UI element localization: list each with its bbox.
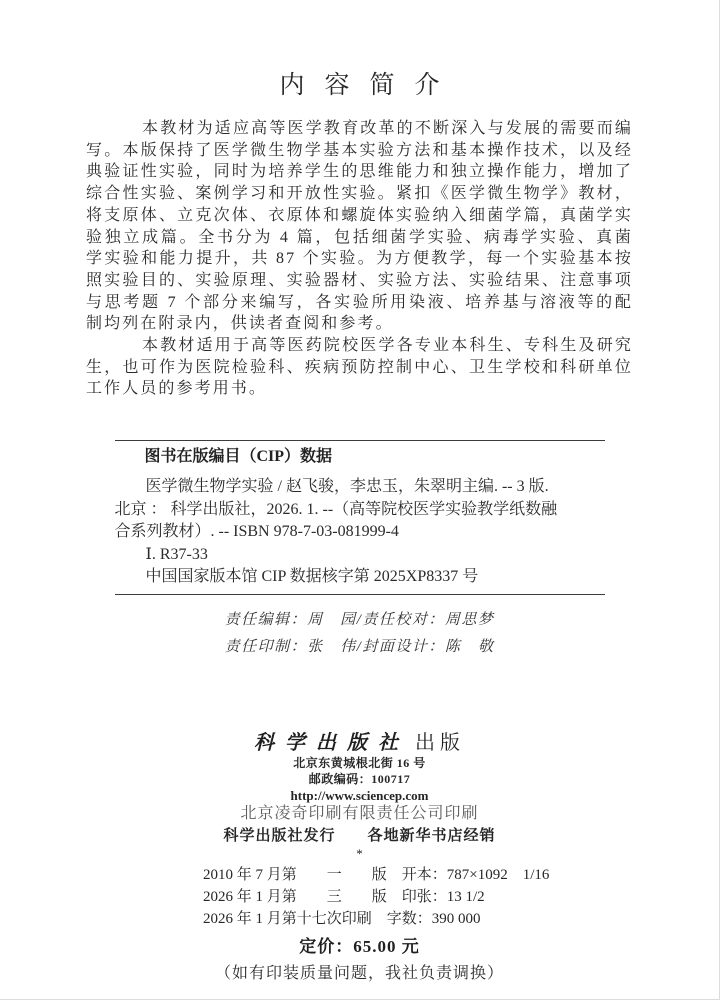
- printer-designer-line: 责任印制：张 伟/封面设计：陈 敬: [225, 634, 495, 661]
- publisher-colophon: 科学出版社出版 北京东黄城根北街 16 号 邮政编码：100717 http:/…: [0, 731, 719, 861]
- publisher-imprint-label: 出版: [415, 732, 465, 754]
- staff-credits-lines: 责任编辑：周 园/责任校对：周思梦 责任印制：张 伟/封面设计：陈 敬: [225, 607, 495, 661]
- publisher-logo: 科学出版社: [254, 732, 409, 754]
- page-title: 内容简介: [0, 0, 719, 102]
- printing-company-line: 北京凌奇印刷有限责任公司印刷: [0, 804, 719, 824]
- first-edition-line: 2010 年 7 月第 一 版 开本：787×1092 1/16: [203, 864, 719, 886]
- cip-isbn-line: 合系列教材）. -- ISBN 978-7-03-081999-4: [115, 521, 605, 544]
- current-edition-line: 2026 年 1 月第 三 版 印张：13 1/2: [203, 886, 719, 908]
- edition-info: 2010 年 7 月第 一 版 开本：787×1092 1/16 2026 年 …: [203, 864, 719, 930]
- summary-paragraph-2: 本教材适用于高等医药院校医学各专业本科生、专科生及研究生，也可作为医院检验科、疾…: [86, 335, 633, 400]
- cip-heading: 图书在版编目（CIP）数据: [145, 447, 605, 467]
- price-line: 定价：65.00 元: [0, 936, 719, 958]
- printing-run-line: 2026 年 1 月第十七次印刷 字数：390 000: [203, 908, 719, 930]
- publisher-address: 北京东黄城根北街 16 号: [0, 755, 719, 772]
- cip-publisher-line: 北京 ： 科学出版社，2026. 1. --（高等院校医学实验教学纸数融: [115, 499, 605, 522]
- cip-title-line: 医学微生物学实验 / 赵飞骏，李忠玉，朱翠明主编. -- 3 版.: [115, 476, 605, 499]
- publisher-website: http://www.sciencep.com: [0, 788, 719, 805]
- editor-proofreader-line: 责任编辑：周 园/责任校对：周思梦: [225, 607, 495, 634]
- asterisk-divider: *: [0, 848, 719, 860]
- publisher-logo-line: 科学出版社出版: [0, 731, 719, 755]
- content-summary: 本教材为适应高等医学教育改革的不断深入与发展的需要而编写。本版保持了医学微生物学…: [86, 118, 633, 400]
- copyright-page: 内容简介 本教材为适应高等医学教育改革的不断深入与发展的需要而编写。本版保持了医…: [0, 0, 720, 1000]
- cip-record-number-line: 中国国家版本馆 CIP 数据核字第 2025XP8337 号: [115, 566, 605, 589]
- cip-data-section: 图书在版编目（CIP）数据 医学微生物学实验 / 赵飞骏，李忠玉，朱翠明主编. …: [115, 440, 605, 595]
- staff-credits: 责任编辑：周 园/责任校对：周思梦 责任印制：张 伟/封面设计：陈 敬: [0, 607, 719, 661]
- publisher-postcode: 邮政编码：100717: [0, 771, 719, 788]
- summary-paragraph-1: 本教材为适应高等医学教育改革的不断深入与发展的需要而编写。本版保持了医学微生物学…: [86, 118, 633, 335]
- quality-exchange-note: （如有印装质量问题，我社负责调换）: [0, 964, 719, 984]
- distribution-line: 科学出版社发行 各地新华书店经销: [0, 826, 719, 846]
- cip-classification-line: Ⅰ. R37-33: [115, 544, 605, 567]
